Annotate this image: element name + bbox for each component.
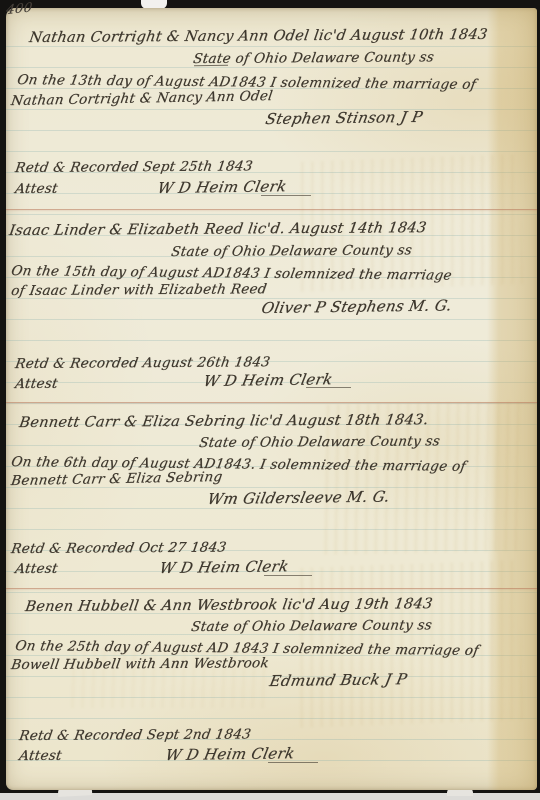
state-county-line: State of Ohio Delaware County ss <box>192 49 435 67</box>
entry-heading: Benen Hubbell & Ann Westbrook lic'd Aug … <box>24 596 434 615</box>
officiant-signature: Edmund Buck J P <box>268 670 409 690</box>
page-number: 400 <box>5 0 33 18</box>
pen-flourish <box>261 195 311 196</box>
entry-heading: Nathan Cortright & Nancy Ann Odel lic'd … <box>28 27 489 46</box>
attest-label: Attest <box>14 376 59 392</box>
section-divider-rule <box>6 402 537 403</box>
officiant-signature: Wm Gildersleeve M. G. <box>206 487 392 508</box>
attest-label: Attest <box>14 561 59 577</box>
ledger-page: 400 Nathan Cortright & Nancy Ann Odel li… <box>6 8 537 790</box>
recorded-line: Retd & Recorded Oct 27 1843 <box>10 539 228 557</box>
officiant-signature: Stephen Stinson J P <box>264 108 424 128</box>
recorded-line: Retd & Recorded Sept 2nd 1843 <box>18 726 252 744</box>
pen-flourish <box>264 575 312 576</box>
state-county-line: State of Ohio Delaware County ss <box>190 617 433 635</box>
state-county-line: State of Ohio Delaware County ss <box>198 433 441 451</box>
couple-line: Nathan Cortright & Nancy Ann Odel <box>10 88 274 109</box>
recorded-line: Retd & Recorded August 26th 1843 <box>14 354 271 372</box>
aged-paper-strip <box>487 8 537 790</box>
entry-heading: Isaac Linder & Elizabeth Reed lic'd. Aug… <box>8 220 428 239</box>
attest-label: Attest <box>18 748 63 764</box>
couple-line: Bowell Hubbell with Ann Westbrook <box>10 655 270 673</box>
recorded-line: Retd & Recorded Sept 25th 1843 <box>14 158 254 176</box>
pen-flourish <box>268 762 318 763</box>
section-divider-rule <box>6 209 537 210</box>
entry-heading: Bennett Carr & Eliza Sebring lic'd Augus… <box>18 412 430 431</box>
attest-label: Attest <box>14 181 59 197</box>
state-county-line: State of Ohio Delaware County ss <box>170 242 413 260</box>
pen-flourish <box>306 387 351 388</box>
couple-line: Bennett Carr & Eliza Sebring <box>10 469 223 489</box>
section-divider-rule <box>6 588 537 589</box>
officiant-signature: Oliver P Stephens M. G. <box>260 296 454 317</box>
couple-line: of Isaac Linder with Elizabeth Reed <box>10 281 268 299</box>
